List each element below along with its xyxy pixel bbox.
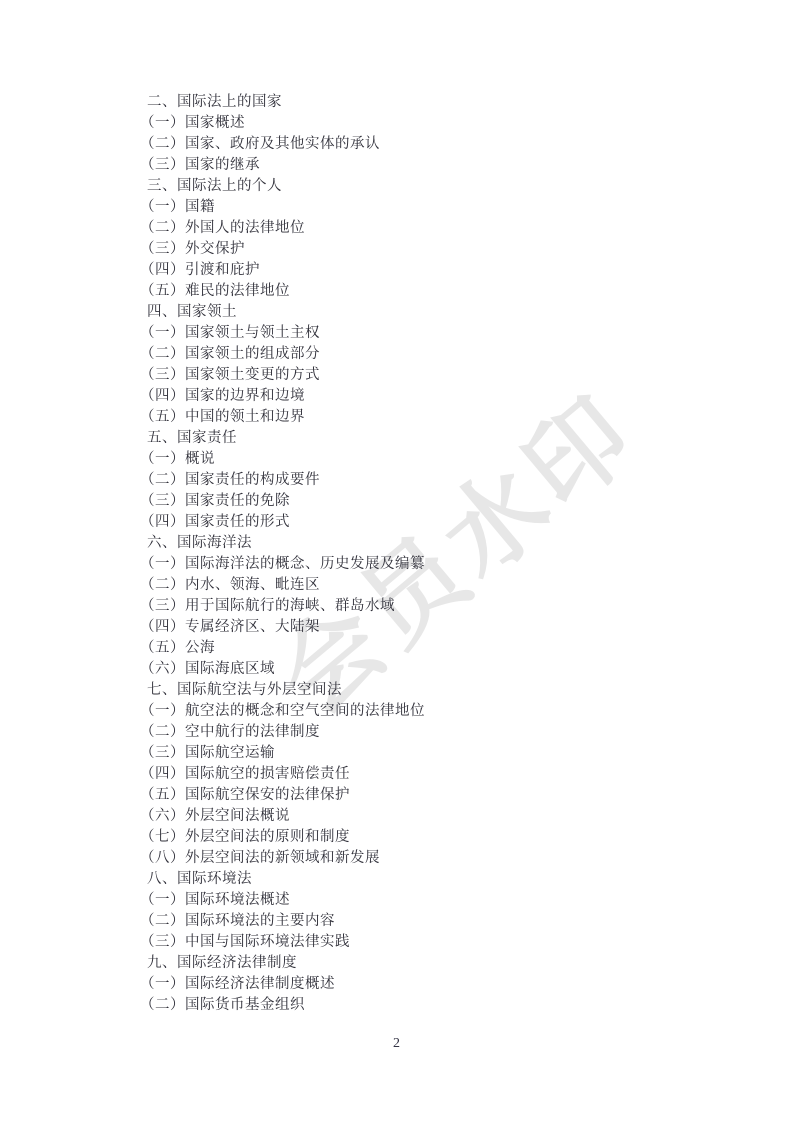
outline-line: （二）空中航行的法律制度 xyxy=(140,722,425,743)
outline-line: （四）专属经济区、大陆架 xyxy=(140,617,425,638)
outline-line: 九、国际经济法律制度 xyxy=(140,953,425,974)
outline-line: （二）国际环境法的主要内容 xyxy=(140,911,425,932)
outline-line: （五）难民的法律地位 xyxy=(140,281,425,302)
outline-line: （七）外层空间法的原则和制度 xyxy=(140,827,425,848)
outline-line: （八）外层空间法的新领域和新发展 xyxy=(140,848,425,869)
outline-line: （三）中国与国际环境法律实践 xyxy=(140,932,425,953)
outline-line: （一）国家领土与领土主权 xyxy=(140,323,425,344)
outline-line: （一）国籍 xyxy=(140,197,425,218)
outline-line: （四）国家责任的形式 xyxy=(140,512,425,533)
outline-line: （二）国家责任的构成要件 xyxy=(140,470,425,491)
outline-line: （一）国家概述 xyxy=(140,113,425,134)
outline-line: （二）内水、领海、毗连区 xyxy=(140,575,425,596)
outline-line: （一）国际海洋法的概念、历史发展及编纂 xyxy=(140,554,425,575)
outline-line: 六、国际海洋法 xyxy=(140,533,425,554)
outline-line: （三）国家领土变更的方式 xyxy=(140,365,425,386)
outline-line: （六）国际海底区域 xyxy=(140,659,425,680)
outline-line: （五）国际航空保安的法律保护 xyxy=(140,785,425,806)
outline-line: （三）用于国际航行的海峡、群岛水域 xyxy=(140,596,425,617)
outline-line: （五）公海 xyxy=(140,638,425,659)
outline-line: （三）国际航空运输 xyxy=(140,743,425,764)
outline-line: 五、国家责任 xyxy=(140,428,425,449)
outline-line: （二）国际货币基金组织 xyxy=(140,995,425,1016)
outline-line: 四、国家领土 xyxy=(140,302,425,323)
outline-line: （五）中国的领土和边界 xyxy=(140,407,425,428)
outline-line: 七、国际航空法与外层空间法 xyxy=(140,680,425,701)
outline-line: （一）航空法的概念和空气空间的法律地位 xyxy=(140,701,425,722)
document-page: 会员水印 二、国际法上的国家（一）国家概述（二）国家、政府及其他实体的承认（三）… xyxy=(0,0,793,1122)
outline-line: （三）外交保护 xyxy=(140,239,425,260)
outline-line: （四）国际航空的损害赔偿责任 xyxy=(140,764,425,785)
page-number: 2 xyxy=(0,1036,793,1052)
outline-line: 三、国际法上的个人 xyxy=(140,176,425,197)
outline-line: （二）国家领土的组成部分 xyxy=(140,344,425,365)
outline-list: 二、国际法上的国家（一）国家概述（二）国家、政府及其他实体的承认（三）国家的继承… xyxy=(140,92,425,1016)
outline-line: （一）国际经济法律制度概述 xyxy=(140,974,425,995)
outline-line: （三）国家责任的免除 xyxy=(140,491,425,512)
outline-line: （四）引渡和庇护 xyxy=(140,260,425,281)
outline-line: （四）国家的边界和边境 xyxy=(140,386,425,407)
outline-line: （六）外层空间法概说 xyxy=(140,806,425,827)
outline-line: （一）国际环境法概述 xyxy=(140,890,425,911)
outline-line: （二）国家、政府及其他实体的承认 xyxy=(140,134,425,155)
outline-line: （三）国家的继承 xyxy=(140,155,425,176)
outline-line: 二、国际法上的国家 xyxy=(140,92,425,113)
outline-line: （二）外国人的法律地位 xyxy=(140,218,425,239)
outline-line: （一）概说 xyxy=(140,449,425,470)
outline-line: 八、国际环境法 xyxy=(140,869,425,890)
